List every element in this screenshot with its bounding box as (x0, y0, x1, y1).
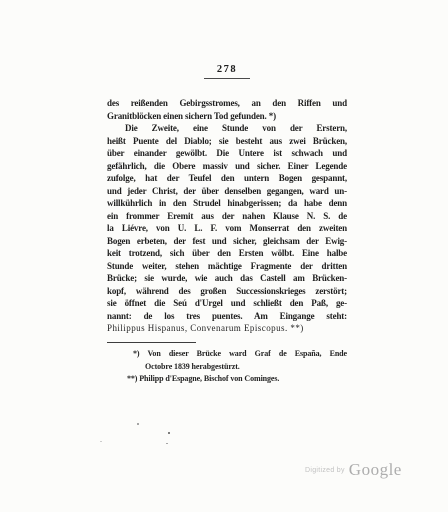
text-line: des reißenden Gebirgsstromes, an den Rif… (107, 97, 347, 110)
google-logo: Google (349, 460, 402, 479)
text-line: zufolge, hat der Teufel den untern Bogen… (107, 172, 347, 185)
text-line: über einander gewölbt. Die Untere ist sc… (107, 147, 347, 160)
footnote-line: **) Philipp d'Espagne, Bischof von Comin… (127, 373, 347, 386)
text-line: heißt Puente del Diablo; sie besteht aus… (107, 135, 347, 148)
scan-speckle (166, 443, 168, 444)
latin-inscription-line: Philippus Hispanus, Convenarum Episcopus… (107, 322, 347, 335)
text-line: Die Zweite, eine Stunde von der Erstern, (107, 122, 347, 135)
scan-speckle (168, 432, 170, 434)
page-number: 278 (107, 64, 347, 75)
scan-speckle (137, 423, 139, 425)
footnote-line: *) Von dieser Brücke ward Graf de España… (133, 348, 347, 361)
text-line: Bogen erbeten, der fest und sicher, glei… (107, 235, 347, 248)
text-line: ein frommer Eremit aus der nahen Klause … (107, 210, 347, 223)
text-line: Brücke; sie wurde, wie auch das Castell … (107, 272, 347, 285)
footnote-line: Octobre 1839 herabgestürzt. (145, 361, 347, 374)
text-line: kopf, während des großen Successionskrie… (107, 285, 347, 298)
text-line: gefährlich, die Obere massiv und sicher.… (107, 160, 347, 173)
text-line: willkührlich in den Strudel hinabgerisse… (107, 197, 347, 210)
digitized-by-label: Digitized by (305, 467, 345, 474)
page-header: 278 (107, 64, 347, 79)
scanned-book-page: 278 des reißenden Gebirgsstromes, an den… (0, 0, 448, 512)
page-number-rule (204, 78, 250, 79)
text-line: Granitblöcken einen sichern Tod gefunden… (107, 110, 347, 123)
text-line: Stunde weiter, stehen mächtige Fragmente… (107, 260, 347, 273)
text-line: la Liévre, von U. L. F. vom Monserrat de… (107, 222, 347, 235)
body-text: des reißenden Gebirgsstromes, an den Rif… (107, 97, 347, 335)
scan-speckle (100, 441, 102, 442)
text-line: nannt: de los tres puentes. Am Eingange … (107, 310, 347, 323)
text-line: keit trotzend, sich über den Ersten wölb… (107, 247, 347, 260)
text-line: sie öffnet die Seú d'Urgel und schließt … (107, 297, 347, 310)
google-watermark: Digitized byGoogle (305, 460, 402, 480)
footnotes: *) Von dieser Brücke ward Graf de España… (107, 348, 347, 386)
footnote-separator-rule (107, 342, 196, 343)
text-line: und jeder Christ, der über denselben geg… (107, 185, 347, 198)
